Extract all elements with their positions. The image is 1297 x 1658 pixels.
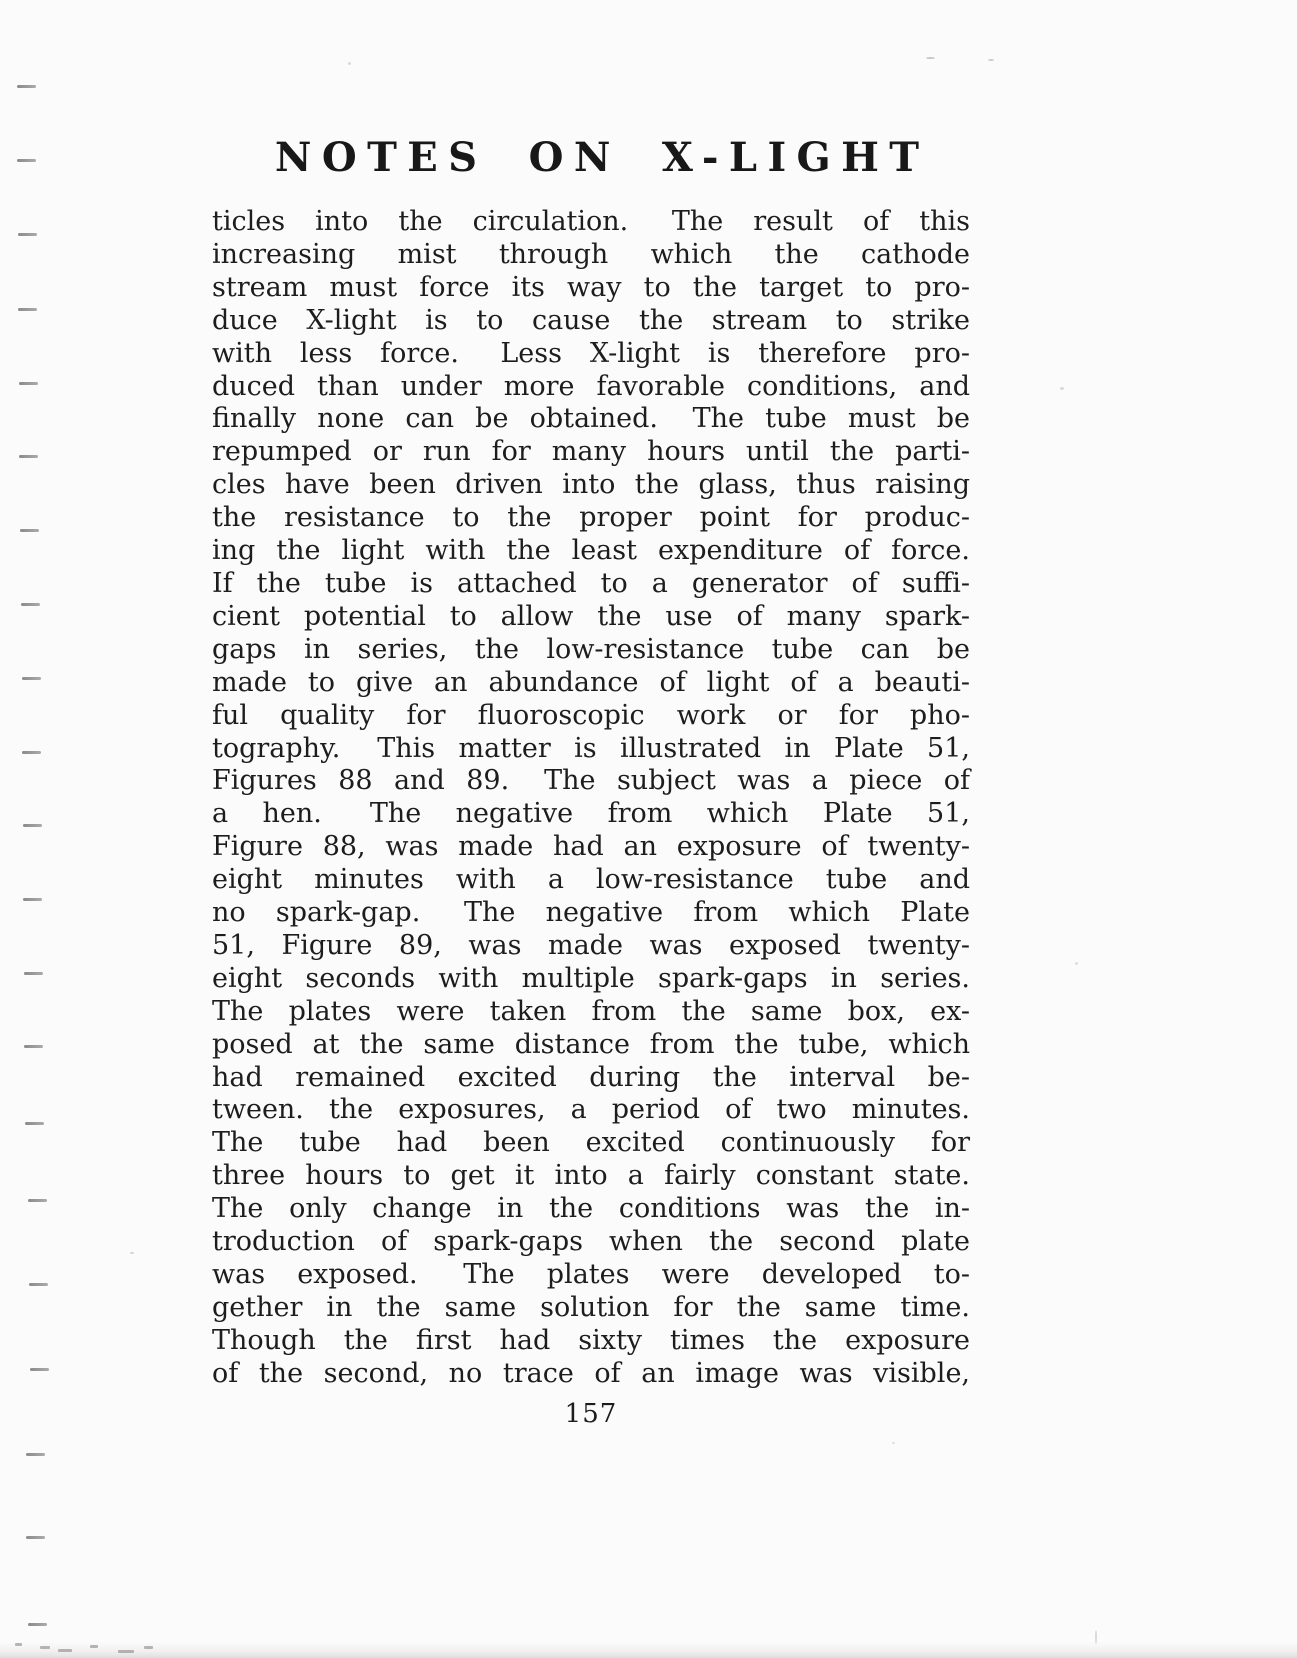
- text-line: with less force. Less X-light is therefo…: [212, 338, 970, 371]
- text-line: tween. the exposures, a period of two mi…: [212, 1094, 970, 1127]
- margin-mark: [17, 159, 36, 162]
- text-line: had remained excited during the interval…: [212, 1062, 970, 1095]
- text-line: duce X-light is to cause the stream to s…: [212, 305, 970, 338]
- text-line: cles have been driven into the glass, th…: [212, 469, 970, 502]
- margin-mark: [24, 972, 43, 975]
- text-line: Though the first had sixty times the exp…: [212, 1325, 970, 1358]
- text-line: three hours to get it into a fairly cons…: [212, 1160, 970, 1193]
- scan-speck: [348, 62, 351, 65]
- text-line: If the tube is attached to a generator o…: [212, 568, 970, 601]
- margin-mark: [19, 382, 38, 385]
- text-line: repumped or run for many hours until the…: [212, 436, 970, 469]
- text-line: made to give an abundance of light of a …: [212, 667, 970, 700]
- margin-mark: [20, 529, 39, 532]
- scan-speck: [1060, 387, 1064, 390]
- text-line: duced than under more favorable conditio…: [212, 371, 970, 404]
- margin-mark: [28, 1199, 47, 1202]
- text-line: eight minutes with a low-resistance tube…: [212, 864, 970, 897]
- margin-mark: [21, 603, 40, 606]
- text-line: posed at the same distance from the tube…: [212, 1029, 970, 1062]
- text-line: Figures 88 and 89. The subject was a pie…: [212, 765, 970, 798]
- text-line: gaps in series, the low-resistance tube …: [212, 634, 970, 667]
- scan-speck: [926, 57, 935, 59]
- corner-speckle: [144, 1646, 153, 1649]
- scan-speck: [988, 59, 994, 61]
- text-line: of the second, no trace of an image was …: [212, 1358, 970, 1391]
- text-line: The only change in the conditions was th…: [212, 1193, 970, 1226]
- margin-mark: [26, 1536, 45, 1539]
- margin-mark: [22, 751, 41, 754]
- text-line: ful quality for fluoroscopic work or for…: [212, 700, 970, 733]
- text-line: no spark-gap. The negative from which Pl…: [212, 897, 970, 930]
- text-line: troduction of spark-gaps when the second…: [212, 1226, 970, 1259]
- corner-speckle: [40, 1646, 50, 1649]
- margin-mark: [30, 1368, 49, 1371]
- text-line: ticles into the circulation. The result …: [212, 206, 970, 239]
- text-line: Figure 88, was made had an exposure of t…: [212, 831, 970, 864]
- text-line: finally none can be obtained. The tube m…: [212, 403, 970, 436]
- text-line: tography. This matter is illustrated in …: [212, 733, 970, 766]
- page-number: 157: [212, 1399, 970, 1429]
- margin-mark: [19, 455, 38, 458]
- corner-speckle: [58, 1649, 72, 1652]
- text-line: a hen. The negative from which Plate 51,: [212, 798, 970, 831]
- margin-mark: [23, 824, 42, 827]
- corner-speckle: [118, 1650, 134, 1653]
- scan-bottom-edge: [0, 1642, 1297, 1658]
- text-line: The plates were taken from the same box,…: [212, 996, 970, 1029]
- margin-mark: [22, 677, 41, 680]
- book-page-scan: NOTES ON X-LIGHT ticles into the circula…: [0, 0, 1297, 1658]
- margin-mark: [17, 85, 36, 88]
- margin-mark: [24, 1045, 43, 1048]
- text-line: increasing mist through which the cathod…: [212, 239, 970, 272]
- margin-mark: [18, 233, 37, 236]
- text-line: eight seconds with multiple spark-gaps i…: [212, 963, 970, 996]
- margin-mark: [23, 898, 42, 901]
- text-line: 51, Figure 89, was made was exposed twen…: [212, 930, 970, 963]
- margin-mark: [28, 1623, 47, 1626]
- body-text: ticles into the circulation. The result …: [212, 206, 970, 1391]
- text-line: was exposed. The plates were developed t…: [212, 1259, 970, 1292]
- margin-mark: [26, 1453, 45, 1456]
- corner-speckle: [15, 1643, 22, 1646]
- scan-speck: [892, 1442, 895, 1444]
- text-line: stream must force its way to the target …: [212, 272, 970, 305]
- text-line: The tube had been excited continuously f…: [212, 1127, 970, 1160]
- text-line: gether in the same solution for the same…: [212, 1292, 970, 1325]
- margin-mark: [18, 308, 37, 311]
- margin-mark: [25, 1122, 44, 1125]
- scan-speck: [130, 1252, 134, 1254]
- scan-speck: [1075, 962, 1078, 965]
- corner-speckle: [90, 1645, 98, 1648]
- page-title: NOTES ON X-LIGHT: [218, 137, 976, 179]
- text-line: the resistance to the proper point for p…: [212, 502, 970, 535]
- text-line: cient potential to allow the use of many…: [212, 601, 970, 634]
- text-line: ing the light with the least expenditure…: [212, 535, 970, 568]
- margin-mark: [29, 1283, 48, 1286]
